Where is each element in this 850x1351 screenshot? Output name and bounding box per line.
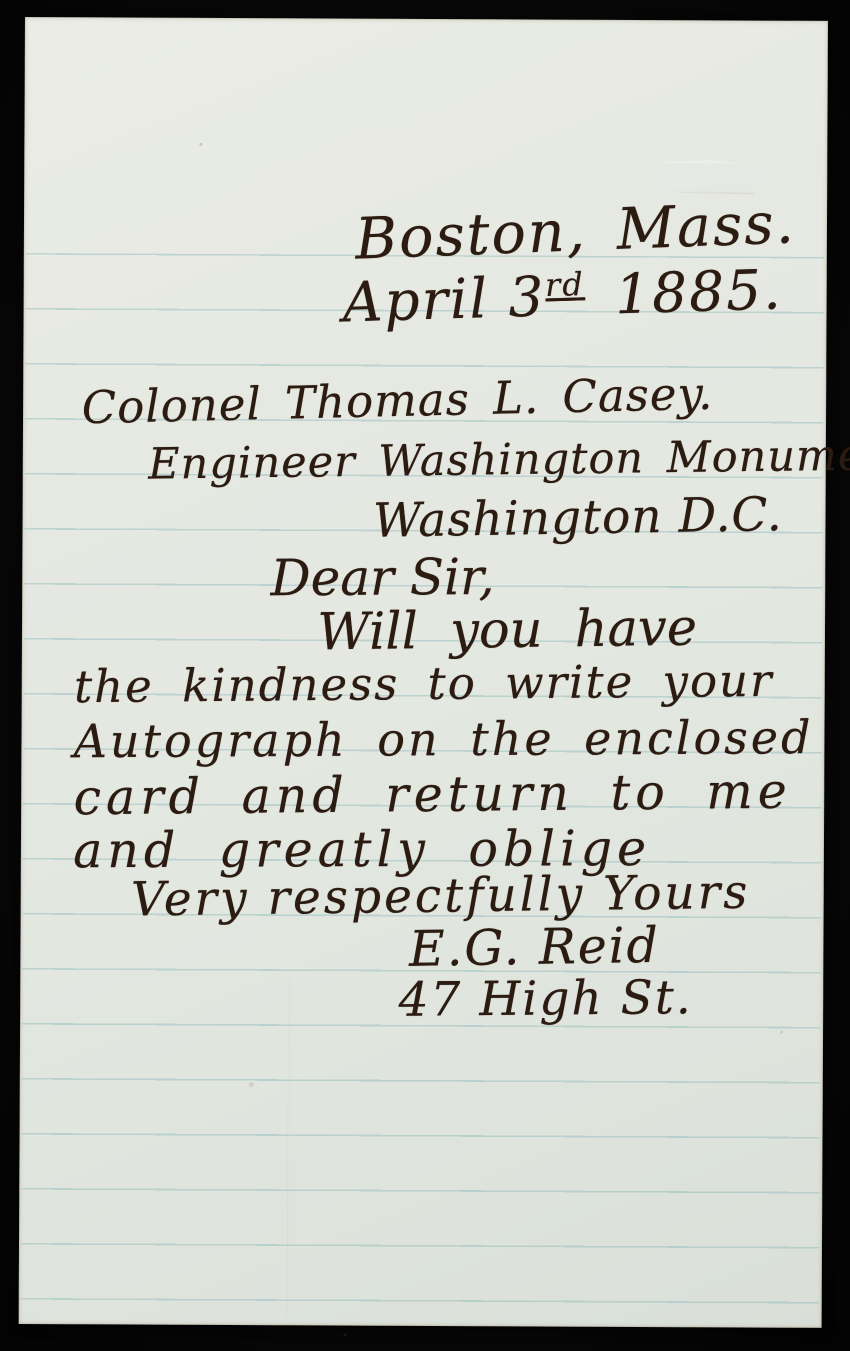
date-year: 1885. <box>614 257 783 326</box>
letter-paper: Boston, Mass. April 3rd1885. Colonel Tho… <box>19 17 828 1328</box>
date-ordinal: rd <box>545 265 586 304</box>
salutation-line: Dear Sir, <box>270 550 494 606</box>
body-line-3: Autograph on the enclosed <box>74 712 814 767</box>
date-prefix: April 3 <box>342 264 547 334</box>
embossed-stationery-stamp <box>644 160 770 195</box>
body-line-4: card and return to me <box>73 765 792 825</box>
foxing-specks <box>199 143 202 146</box>
signature-line: E.G. Reid <box>409 919 661 977</box>
paper-crease <box>287 978 292 1317</box>
body-line-2: the kindness to write your <box>74 656 774 712</box>
recipient-name-line: Colonel Thomas L. Casey. <box>81 369 714 433</box>
body-line-1: Will you have <box>317 601 697 662</box>
address-line: 47 High St. <box>398 972 693 1026</box>
recipient-city-line: Washington D.C. <box>373 489 783 547</box>
photo-backdrop: Boston, Mass. April 3rd1885. Colonel Tho… <box>0 0 850 1351</box>
recipient-title-line: Engineer Washington Monument <box>148 432 850 489</box>
date-line: April 3rd1885. <box>342 259 784 333</box>
